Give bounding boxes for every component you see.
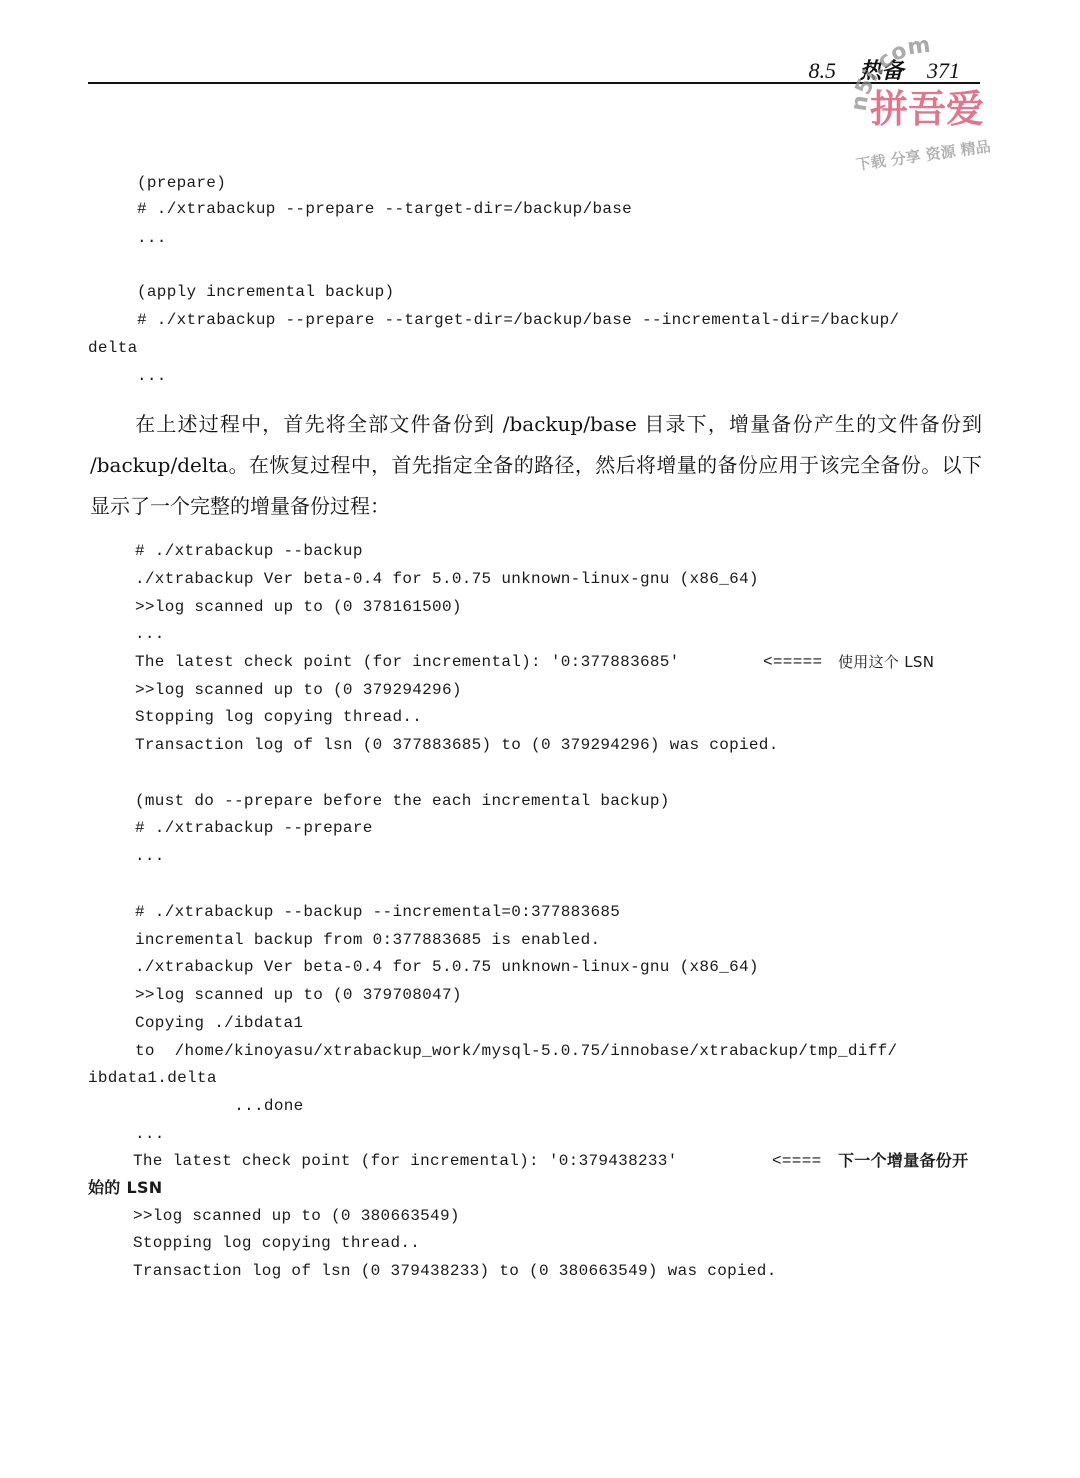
- watermark-stamp-icon: n5i.com 拼吾爱 下载 分享 资源 精品: [838, 20, 1018, 190]
- svg-text:下载 分享 资源 精品: 下载 分享 资源 精品: [855, 137, 992, 174]
- code-line: ...: [135, 1124, 165, 1144]
- svg-text:拼吾爱: 拼吾爱: [870, 86, 984, 131]
- code-line: Copying ./ibdata1: [135, 1013, 303, 1033]
- code-line: >>log scanned up to (0 379708047): [135, 985, 462, 1005]
- header-text: 8.5 热备 371: [808, 54, 960, 85]
- code-line: Stopping log copying thread..: [135, 707, 422, 727]
- code-line: The latest check point (for incremental)…: [133, 1151, 678, 1171]
- code-line: # ./xtrabackup --prepare --target-dir=/b…: [137, 199, 632, 219]
- running-header: 8.5 热备 371: [88, 52, 980, 84]
- section-title: 热备: [859, 58, 903, 83]
- annotation-note-continued: 始的 LSN: [88, 1178, 162, 1198]
- code-line: ibdata1.delta: [88, 1068, 217, 1088]
- code-line: delta: [88, 338, 138, 358]
- code-line: (must do --prepare before the each incre…: [135, 791, 670, 811]
- code-line: incremental backup from 0:377883685 is e…: [135, 930, 600, 950]
- annotation-arrow: <====: [772, 1151, 822, 1171]
- code-line: (apply incremental backup): [137, 282, 394, 302]
- code-line: ...: [137, 366, 167, 386]
- code-line: ...done: [155, 1096, 304, 1116]
- annotation-note: 使用这个 LSN: [838, 652, 934, 672]
- body-paragraph: 在上述过程中，首先将全部文件备份到 /backup/base 目录下，增量备份产…: [90, 404, 982, 527]
- code-line: ./xtrabackup Ver beta-0.4 for 5.0.75 unk…: [135, 957, 759, 977]
- code-line: ...: [135, 624, 165, 644]
- code-line: >>log scanned up to (0 378161500): [135, 597, 462, 617]
- code-line: ./xtrabackup Ver beta-0.4 for 5.0.75 unk…: [135, 569, 759, 589]
- code-line: The latest check point (for incremental)…: [135, 652, 680, 672]
- section-number: 8.5: [808, 58, 836, 83]
- code-line: (prepare): [137, 173, 226, 193]
- code-line: Transaction log of lsn (0 379438233) to …: [133, 1261, 777, 1281]
- code-line: Stopping log copying thread..: [133, 1233, 420, 1253]
- code-line: >>log scanned up to (0 379294296): [135, 680, 462, 700]
- code-line: ...: [135, 846, 165, 866]
- paragraph-text: 在上述过程中，首先将全部文件备份到 /backup/base 目录下，增量备份产…: [90, 412, 982, 518]
- code-line: # ./xtrabackup --backup --incremental=0:…: [135, 902, 620, 922]
- annotation-note: 下一个增量备份开: [838, 1151, 968, 1171]
- code-line: ...: [137, 228, 167, 248]
- code-line: # ./xtrabackup --backup: [135, 541, 363, 561]
- page-number: 371: [927, 58, 960, 83]
- code-line: # ./xtrabackup --prepare --target-dir=/b…: [137, 310, 899, 330]
- code-line: >>log scanned up to (0 380663549): [133, 1206, 460, 1226]
- code-line: Transaction log of lsn (0 377883685) to …: [135, 735, 779, 755]
- code-line: to /home/kinoyasu/xtrabackup_work/mysql-…: [135, 1041, 897, 1061]
- code-line: # ./xtrabackup --prepare: [135, 818, 373, 838]
- annotation-arrow: <=====: [763, 652, 822, 672]
